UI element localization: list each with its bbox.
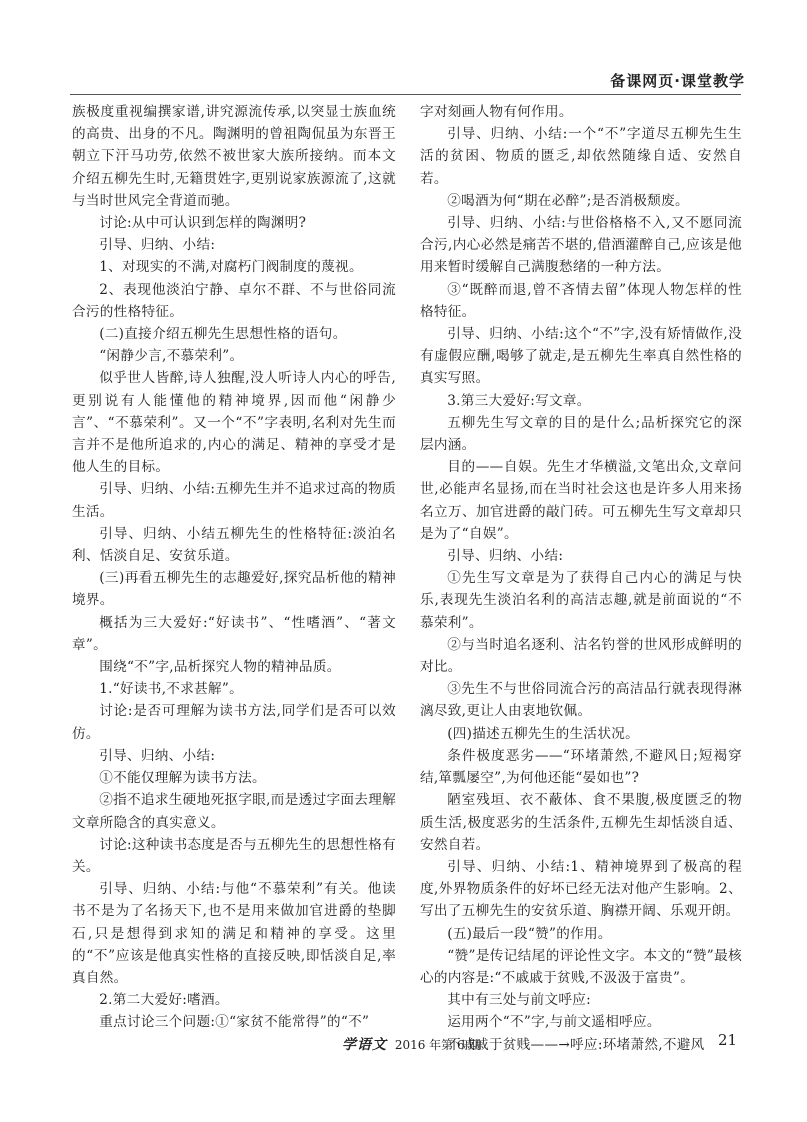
paragraph: 引导、归纳、小结五柳先生的性格特征:淡泊名利、恬淡自足、安贫乐道。 bbox=[72, 523, 396, 567]
paragraph: 引导、归纳、小结:五柳先生并不追求过高的物质生活。 bbox=[72, 478, 396, 522]
paragraph: 引导、归纳、小结:这个“不”字,没有矫情做作,没有虚假应酬,喝够了就走,是五柳先… bbox=[420, 323, 742, 390]
paragraph: 引导、归纳、小结:与世俗格格不入,又不愿同流合污,内心必然是痛苦不堪的,借酒灌醉… bbox=[420, 212, 742, 279]
paragraph: 讨论:从中可认识到怎样的陶渊明? bbox=[72, 212, 396, 234]
paragraph: 1、对现实的不满,对腐朽门阀制度的蔑视。 bbox=[72, 256, 396, 278]
paragraph: 运用两个“不”字,与前文遥相呼应。 bbox=[420, 1011, 742, 1033]
paragraph: 目的——自娱。先生才华横溢,文笔出众,文章问世,必能声名显扬,而在当时社会这也是… bbox=[420, 456, 742, 545]
paragraph: 引导、归纳、小结:与他“不慕荣利”有关。他读书不是为了名扬天下,也不是用来做加官… bbox=[72, 878, 396, 989]
paragraph: 引导、归纳、小结: bbox=[72, 745, 396, 767]
paragraph: 讨论:是否可理解为读书方法,同学们是否可以效仿。 bbox=[72, 700, 396, 744]
paragraph: ③“既醉而退,曾不吝情去留”体现人物怎样的性格特征。 bbox=[420, 279, 742, 323]
page-number: 21 bbox=[718, 1031, 737, 1049]
right-column: 字对刻画人物有何作用。引导、归纳、小结:一个“不”字道尽五柳先生生活的贫困、物质… bbox=[420, 101, 742, 1056]
paragraph: ①先生写文章是为了获得自己内心的满足与快乐,表现先生淡泊名利的高洁志趣,就是前面… bbox=[420, 567, 742, 634]
paragraph: (二)直接介绍五柳先生思想性格的语句。 bbox=[72, 323, 396, 345]
paragraph: “闲静少言,不慕荣利”。 bbox=[72, 345, 396, 367]
paragraph: 陋室残垣、衣不蔽体、食不果腹,极度匮乏的物质生活,极度恶劣的生活条件,五柳先生却… bbox=[420, 789, 742, 856]
paragraph: (四)描述五柳先生的生活状况。 bbox=[420, 723, 742, 745]
header-divider bbox=[70, 94, 741, 95]
paragraph: 1.“好读书,不求甚解”。 bbox=[72, 678, 396, 700]
journal-name: 学语文 bbox=[342, 1037, 387, 1053]
paragraph: 讨论:这种读书态度是否与五柳先生的思想性格有关。 bbox=[72, 834, 396, 878]
paragraph: 2、表现他淡泊宁静、卓尔不群、不与世俗同流合污的性格特征。 bbox=[72, 279, 396, 323]
paragraph: 引导、归纳、小结:1、精神境界到了极高的程度,外界物质条件的好坏已经无法对他产生… bbox=[420, 856, 742, 923]
paragraph: ②与当时追名逐利、沽名钓誉的世风形成鲜明的对比。 bbox=[420, 634, 742, 678]
paragraph: “赞”是传记结尾的评论性文字。本文的“赞”最核心的内容是:“不戚戚于贫贱,不汲汲… bbox=[420, 945, 742, 989]
paragraph: 条件极度恶劣——“环堵萧然,不避风日;短褐穿结,箪瓢屡空”,为何他还能“晏如也”… bbox=[420, 745, 742, 789]
paragraph: ②指不追求生硬地死抠字眼,而是透过字面去理解文章所隐含的真实意义。 bbox=[72, 789, 396, 833]
paragraph: ②喝酒为何“期在必醉”;是否消极颓废。 bbox=[420, 190, 742, 212]
paragraph: 族极度重视编撰家谱,讲究源流传承,以突显士族血统的高贵、出身的不凡。陶渊明的曾祖… bbox=[72, 101, 396, 212]
paragraph: 引导、归纳、小结: bbox=[420, 545, 742, 567]
paragraph: 围绕“不”字,品析探究人物的精神品质。 bbox=[72, 656, 396, 678]
paragraph: 3.第三大爱好:写文章。 bbox=[420, 390, 742, 412]
paragraph: 引导、归纳、小结:一个“不”字道尽五柳先生生活的贫困、物质的匮乏,却依然随缘自适… bbox=[420, 123, 742, 190]
header-title: 备课网页·课堂教学 bbox=[610, 70, 745, 91]
journal-issue: 2016 年第 6 期 bbox=[395, 1038, 481, 1052]
paragraph: 概括为三大爱好:“好读书”、“性嗜酒”、“著文章”。 bbox=[72, 612, 396, 656]
paragraph: 其中有三处与前文呼应: bbox=[420, 989, 742, 1011]
paragraph: 引导、归纳、小结: bbox=[72, 234, 396, 256]
paragraph: 字对刻画人物有何作用。 bbox=[420, 101, 742, 123]
paragraph: 似乎世人皆醉,诗人独醒,没人听诗人内心的呼告,更别说有人能懂他的精神境界,因而他… bbox=[72, 367, 396, 478]
paragraph: (五)最后一段“赞”的作用。 bbox=[420, 923, 742, 945]
paragraph: ①不能仅理解为读书方法。 bbox=[72, 767, 396, 789]
paragraph: 五柳先生写文章的目的是什么;品析探究它的深层内涵。 bbox=[420, 412, 742, 456]
paragraph: (三)再看五柳先生的志趣爱好,探究品析他的精神境界。 bbox=[72, 567, 396, 611]
paragraph: 2.第二大爱好:嗜酒。 bbox=[72, 989, 396, 1011]
left-column: 族极度重视编撰家谱,讲究源流传承,以突显士族血统的高贵、出身的不凡。陶渊明的曾祖… bbox=[72, 101, 396, 1034]
paragraph: 重点讨论三个问题:①“家贫不能常得”的“不” bbox=[72, 1011, 396, 1033]
paragraph: ③先生不与世俗同流合污的高洁品行就表现得淋漓尽致,更让人由衷地钦佩。 bbox=[420, 678, 742, 722]
footer-journal: 学语文 2016 年第 6 期 bbox=[342, 1034, 480, 1054]
